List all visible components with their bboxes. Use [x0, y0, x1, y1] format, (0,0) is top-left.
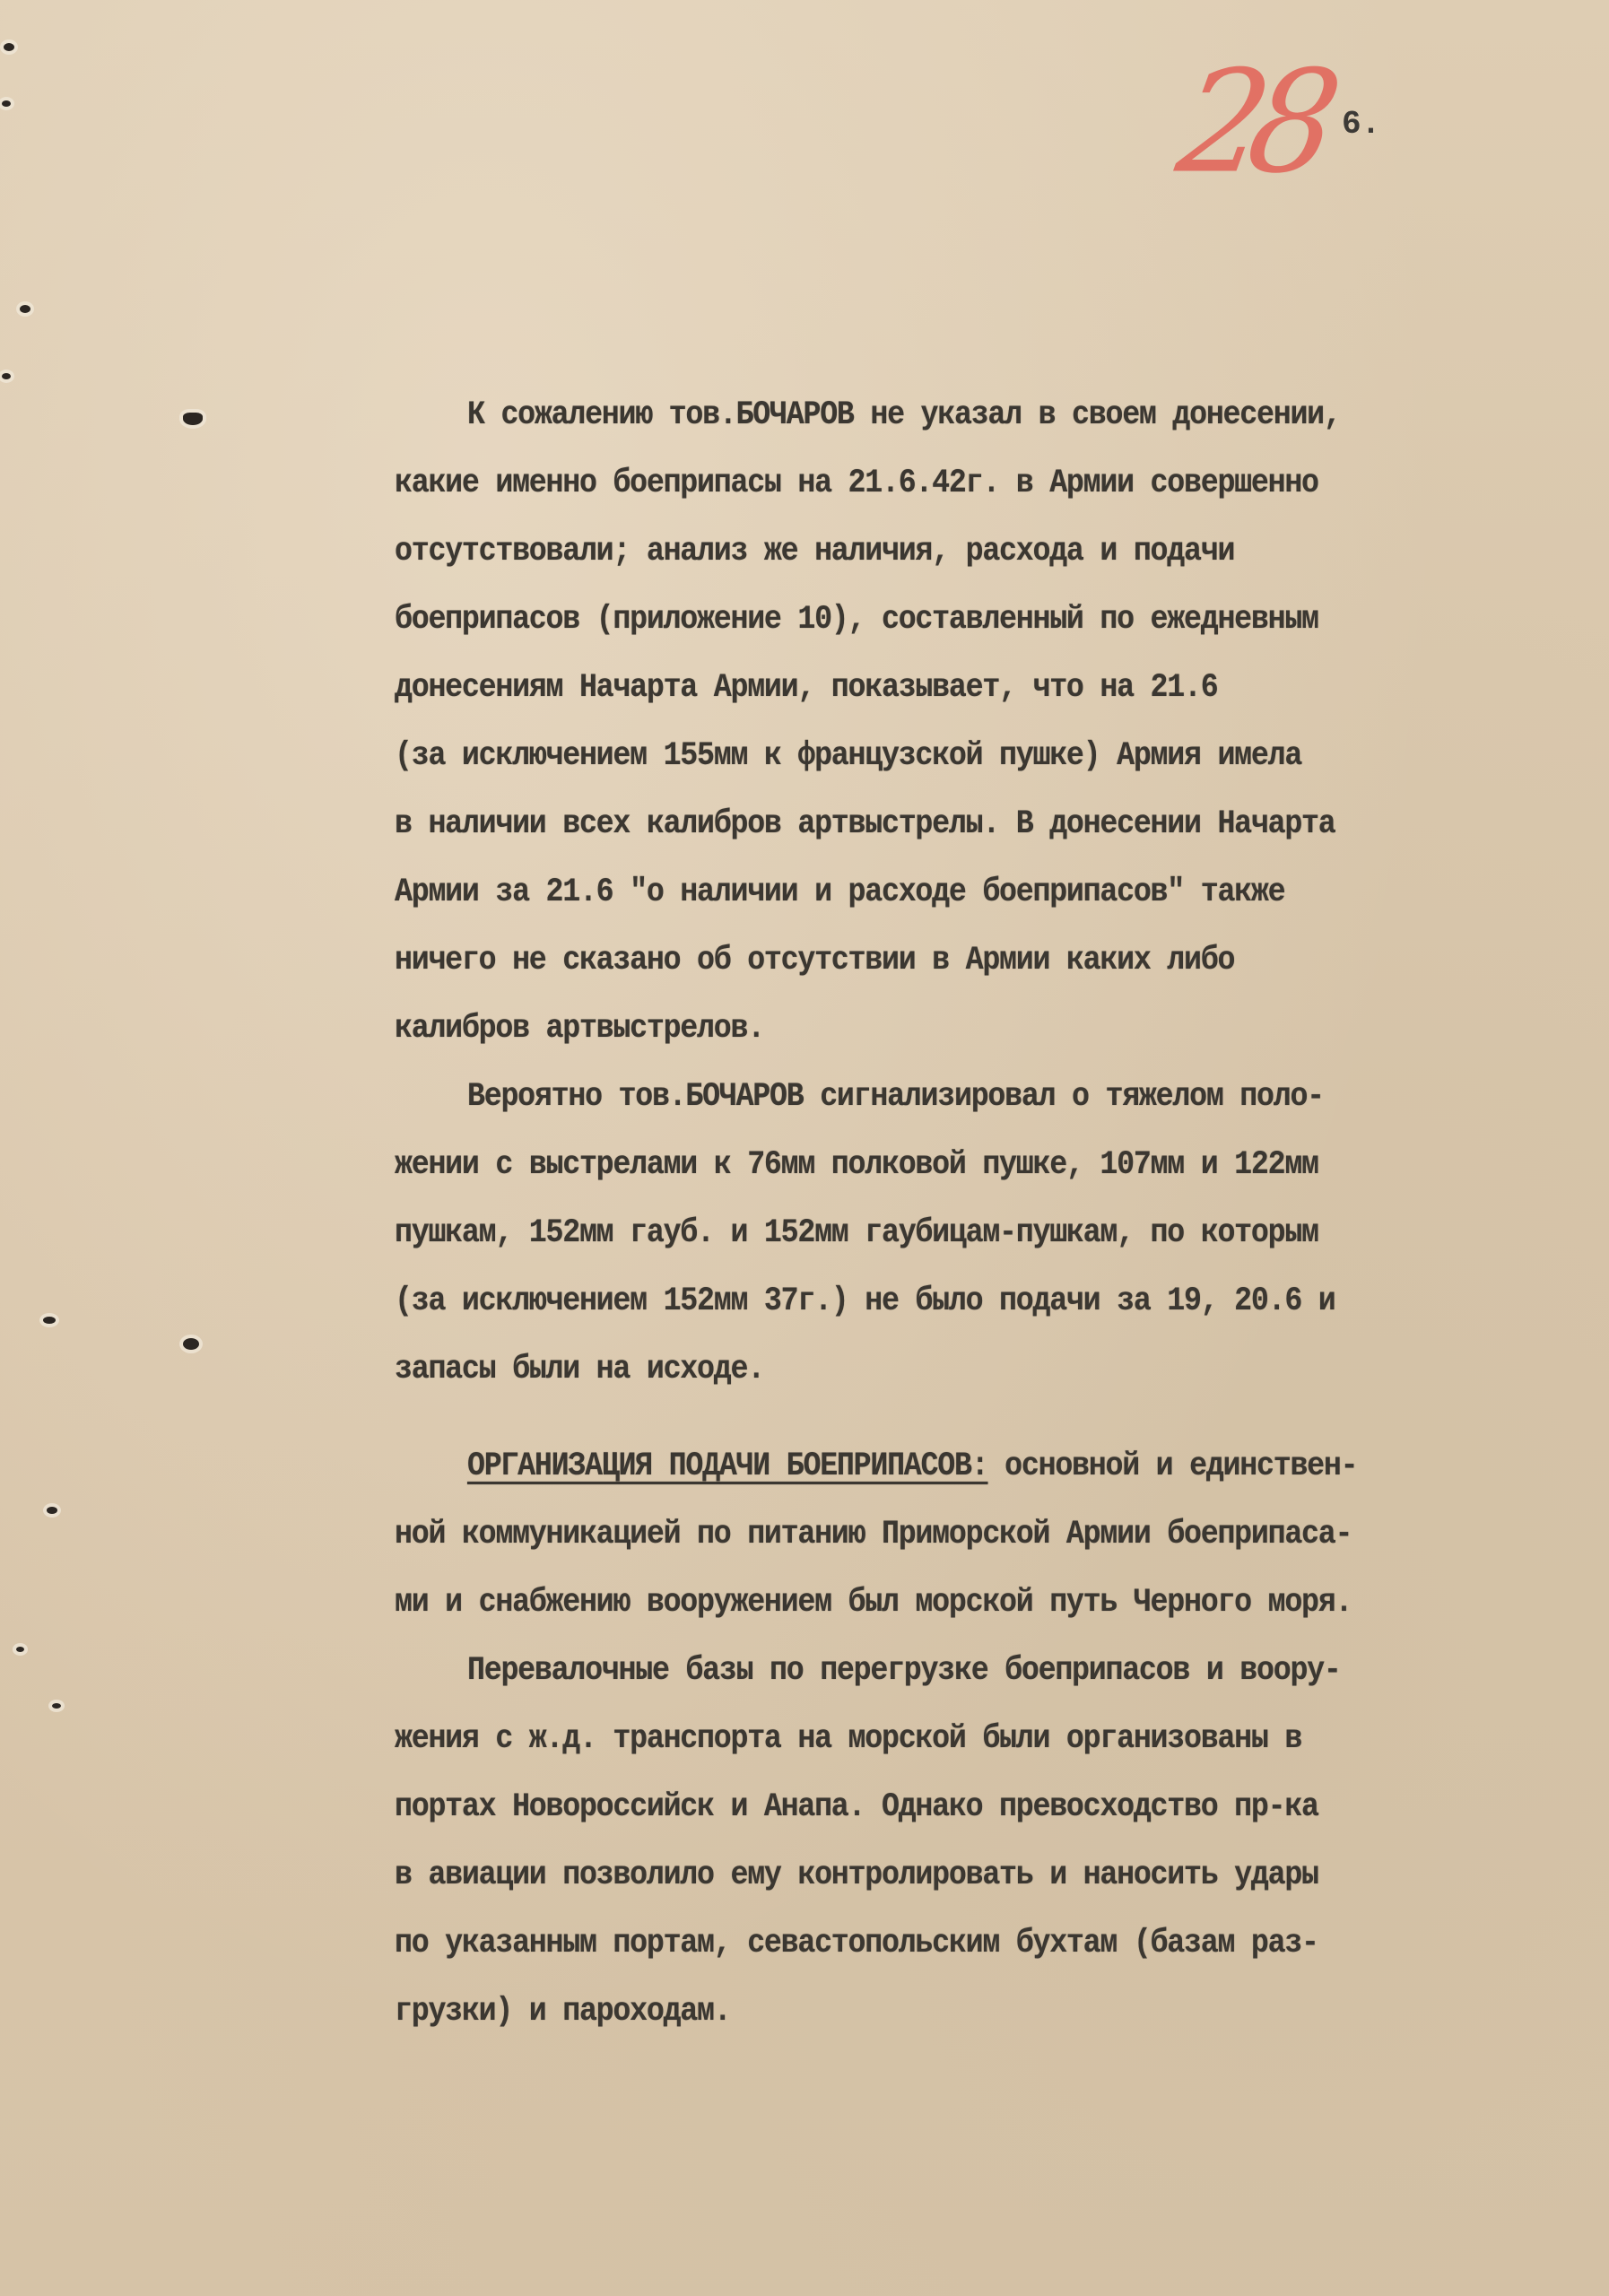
paragraph-3: ОРГАНИЗАЦИЯ ПОДАЧИ БОЕПРИПАСОВ: основной…	[395, 1432, 1596, 1637]
punch-hole-icon	[2, 373, 11, 379]
text-line: какие именно боеприпасы на 21.6.42г. в А…	[395, 449, 1476, 517]
text-line: отсутствовали; анализ же наличия, расход…	[395, 517, 1476, 586]
text-line: в наличии всех калибров артвыстрелы. В д…	[395, 790, 1476, 858]
text-line: (за исключением 155мм к французской пушк…	[395, 722, 1476, 790]
text-line: грузки) и пароходам.	[395, 1978, 1476, 2046]
text-line: жении с выстрелами к 76мм полковой пушке…	[395, 1131, 1476, 1199]
punch-hole-icon	[52, 1703, 61, 1709]
text-line: пушкам, 152мм гауб. и 152мм гаубицам-пуш…	[395, 1199, 1476, 1267]
text-line: донесениям Начарта Армии, показывает, чт…	[395, 654, 1476, 722]
typed-page-number: 6.	[1342, 106, 1380, 143]
section-heading: ОРГАНИЗАЦИЯ ПОДАЧИ БОЕПРИПАСОВ:	[467, 1448, 987, 1485]
text-line: К сожалению тов.БОЧАРОВ не указал в свое…	[395, 381, 1476, 449]
text-line: ничего не сказано об отсутствии в Армии …	[395, 926, 1476, 995]
text-line: ОРГАНИЗАЦИЯ ПОДАЧИ БОЕПРИПАСОВ: основной…	[395, 1432, 1476, 1500]
text-line: Вероятно тов.БОЧАРОВ сигнализировал о тя…	[395, 1063, 1476, 1131]
punch-hole-icon	[2, 100, 11, 107]
text-line: в авиации позволило ему контролировать и…	[395, 1841, 1476, 1909]
text-line: Армии за 21.6 "о наличии и расходе боепр…	[395, 858, 1476, 926]
text-line: (за исключением 152мм 37г.) не было пода…	[395, 1267, 1476, 1335]
text-line: ной коммуникацией по питанию Приморской …	[395, 1500, 1476, 1569]
punch-hole-icon	[183, 1338, 199, 1350]
text-line: ми и снабжению вооружением был морской п…	[395, 1569, 1476, 1637]
archive-page-number: 28	[1170, 52, 1334, 194]
punch-hole-icon	[16, 1647, 24, 1652]
text-line: калибров артвыстрелов.	[395, 995, 1476, 1063]
document-page: 28 6. К сожалению тов.БОЧАРОВ не указал …	[0, 0, 1609, 2296]
paragraph-4: Перевалочные базы по перегрузке боеприпа…	[395, 1637, 1596, 2046]
punch-hole-icon	[20, 305, 30, 313]
text-line: по указанным портам, севастопольским бух…	[395, 1909, 1476, 1978]
punch-hole-icon	[43, 1317, 56, 1324]
text-line: Перевалочные базы по перегрузке боеприпа…	[395, 1637, 1476, 1705]
document-body: К сожалению тов.БОЧАРОВ не указал в свое…	[395, 381, 1596, 2046]
punch-hole-icon	[47, 1507, 57, 1514]
punch-hole-icon	[183, 413, 203, 425]
paragraph-2: Вероятно тов.БОЧАРОВ сигнализировал о тя…	[395, 1063, 1596, 1404]
text-line: запасы были на исходе.	[395, 1335, 1476, 1404]
heading-line-rest: основной и единствен-	[987, 1448, 1357, 1485]
text-line: жения с ж.д. транспорта на морской были …	[395, 1705, 1476, 1773]
text-line: портах Новороссийск и Анапа. Однако прев…	[395, 1773, 1476, 1841]
paragraph-1: К сожалению тов.БОЧАРОВ не указал в свое…	[395, 381, 1596, 1063]
text-line: боеприпасов (приложение 10), составленны…	[395, 586, 1476, 654]
punch-hole-icon	[4, 43, 14, 51]
